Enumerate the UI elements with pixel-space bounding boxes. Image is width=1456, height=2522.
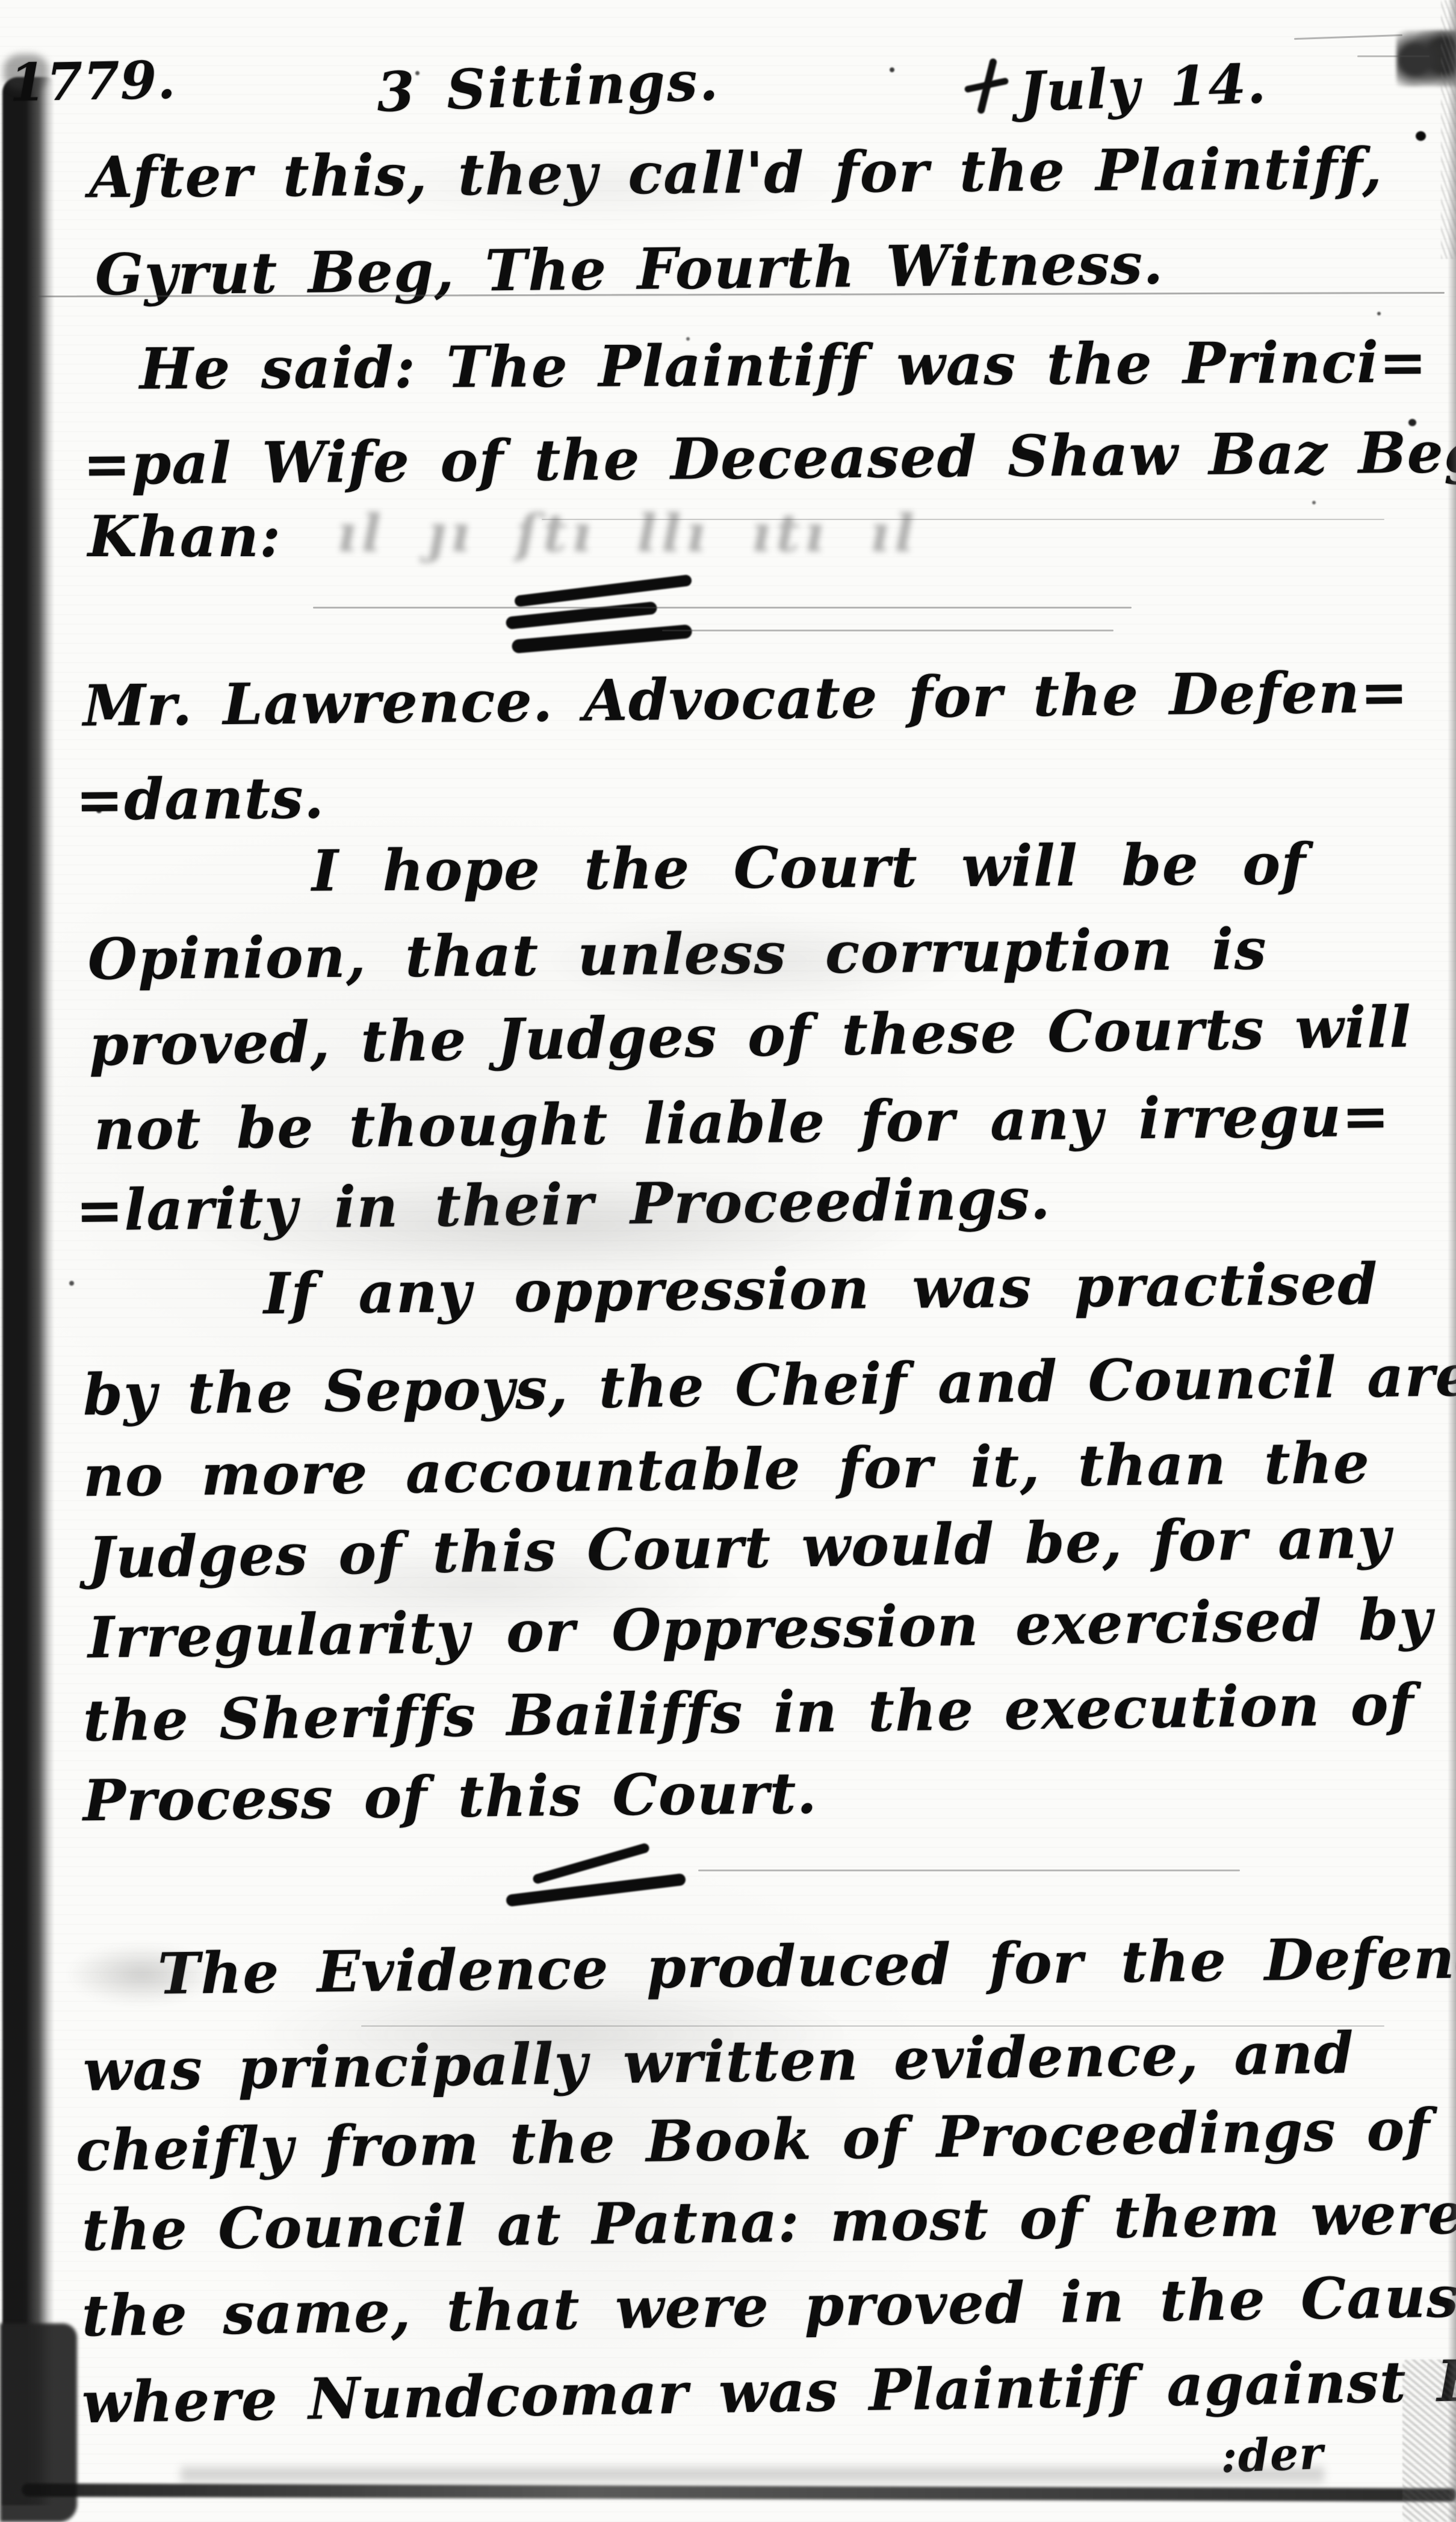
bleedthrough-smear [325,150,867,223]
scratch-line [1357,55,1430,57]
bleedthrough-smear [253,1980,855,2089]
ink-speck [1377,312,1381,315]
date-label: July 14. [1018,55,1268,122]
year-label: 1779. [9,53,176,112]
book-gutter-shadow [2,77,54,2505]
page-right-edge [1448,0,1456,2522]
text-line: Process of this Court. [83,1764,818,1832]
section-divider-flourish [506,585,704,652]
ink-speck [1408,419,1416,426]
ink-speck [96,808,102,813]
bleedthrough-smear [211,1541,752,1631]
divider-stroke [532,1842,651,1885]
text-line: He said: The Plaintiff was the Princi= [140,332,1428,400]
ink-speck [1312,501,1316,504]
text-line: no more accountable for it, than the [83,1433,1371,1508]
text-line: the Sheriffs Bailiffs in the execution o… [82,1675,1414,1752]
divider-stroke [512,624,693,654]
divider-stroke [514,574,692,607]
bleedthrough-smear [542,915,975,1005]
bottom-edge-fuzz [181,2467,1324,2482]
sittings-heading: 3 Sittings. [376,52,720,122]
illegible-bleedthrough: ıl ȷı ſtı llı ıtı ıl [337,503,1059,564]
text-line: by the Sepoys, the Cheif and Council are [82,1346,1456,1427]
page-bottom-edge [22,2483,1456,2502]
text-line: cheifly from the Book of Proceedings of [75,2099,1431,2182]
bleedthrough-smear [66,1944,217,2004]
text-line: =pal Wife of the Deceased Shaw Baz Beg [83,423,1456,496]
top-right-grain [1441,0,1456,259]
scratch-line [662,630,1114,631]
text-line: not be thought liable for any irregu= [94,1086,1391,1161]
text-line: =dants. [76,768,325,831]
scratch-line [698,1870,1240,1871]
ink-speck [686,337,690,341]
ink-speck [1416,131,1426,141]
text-line: the same, that were proved in the Cause [81,2267,1456,2347]
ink-speck [69,1281,74,1286]
text-line: I hope the Court will be of [312,834,1307,902]
text-line: the Council at Patna: most of them were [81,2184,1456,2262]
manuscript-page: 1779. 3 Sittings. July 14. After this, t… [0,0,1456,2522]
scratch-line [1294,34,1402,40]
text-line: Mr. Lawrence. Advocate for the Defen= [83,662,1409,737]
scratch-line [542,519,1384,520]
bleedthrough-smear [181,1174,933,1276]
scratch-line [313,607,1132,609]
section-divider-flourish [506,1855,710,1910]
ink-speck [415,71,420,75]
ink-speck [890,67,894,72]
date-flourish-mark [961,58,1012,116]
text-line: where Nundcomar was Plaintiff against Ba… [81,2349,1456,2434]
text-line: Khan: [88,507,282,568]
text-line: proved, the Judges of these Courts will [88,997,1412,1077]
bottom-right-grain [1402,2359,1456,2522]
